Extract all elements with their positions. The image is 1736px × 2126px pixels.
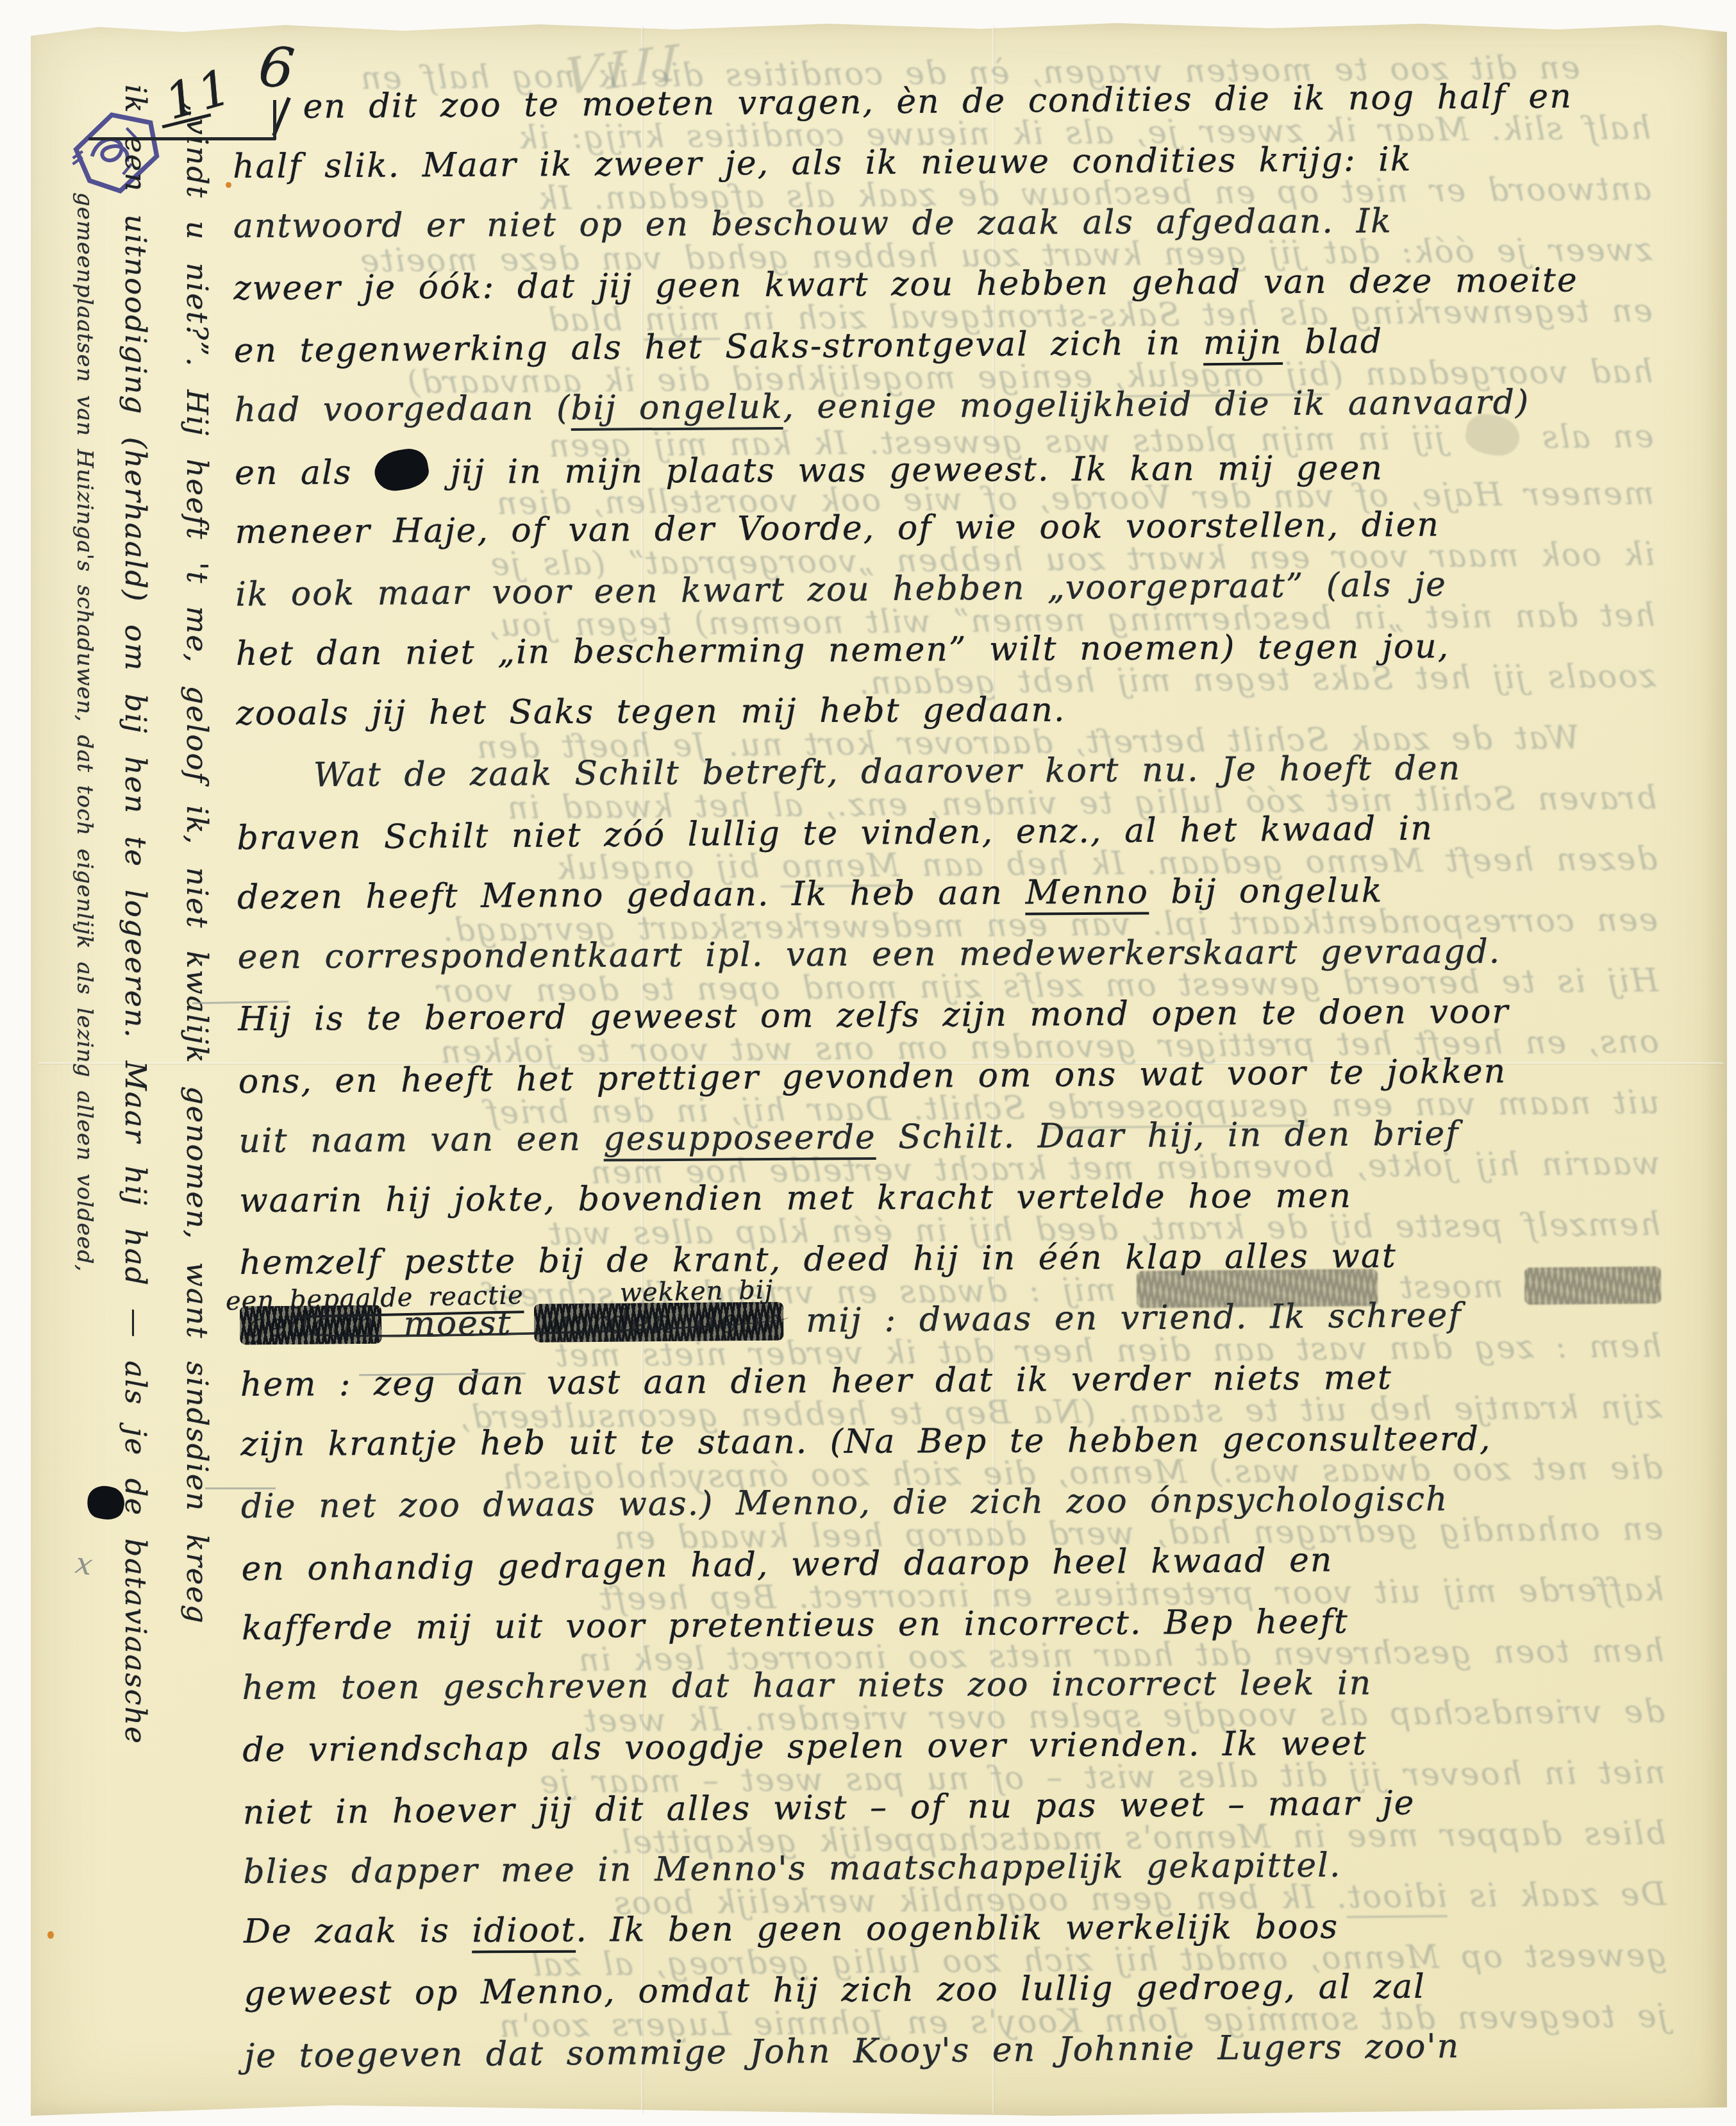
text-run: en onhandig gedragen had, werd daarop he… xyxy=(241,1541,1333,1589)
text-run: uit naam van een xyxy=(238,1120,603,1160)
letter-line: zweer je óók: dat jij geen kwart zou heb… xyxy=(233,260,1721,330)
letter-line: zijn krantje heb uit te staan. (Na Bep t… xyxy=(240,1419,1728,1486)
letter-line: en onhandig gedragen had, werd daarop he… xyxy=(241,1537,1729,1611)
text-run: wekken bij xyxy=(619,1275,773,1308)
text-run: hemzelf pestte bij de krant, deed hij in… xyxy=(239,1237,1397,1282)
text-run: meneer Haje, of van der Voorde, of wie o… xyxy=(235,506,1440,551)
letter-line: hem : zeg dan vast aan dien heer dat ik … xyxy=(240,1357,1728,1427)
text-run: jij in mijn plaats was geweest. Ik kan m… xyxy=(428,449,1383,492)
paper-speck xyxy=(47,1931,54,1939)
letter-line: geweest op Menno, omdat hij zich zoo lul… xyxy=(244,1966,1732,2036)
letter-line: en als jij in mijn plaats was geweest. I… xyxy=(235,444,1722,512)
text-run: en als xyxy=(235,453,374,492)
text-run: en dit zoo te moeten vragen, èn de condi… xyxy=(303,78,1573,126)
text-run: De zaak is xyxy=(244,1911,472,1951)
underlined-word: idioot xyxy=(472,1911,576,1954)
text-run: dezen heeft Menno gedaan. Ik heb aan xyxy=(237,874,1026,917)
letter-line: hem toen geschreven dat haar niets zoo i… xyxy=(242,1662,1730,1730)
text-run: een correspondentkaart ipl. van een mede… xyxy=(238,932,1501,976)
paper-speck xyxy=(226,182,231,188)
text-run: , eenige mogelijkheid die ik aanvaard) xyxy=(783,383,1530,426)
text-run: de vriendschap als voogdje spelen over v… xyxy=(242,1724,1367,1770)
text-run: Wat de zaak Schilt betreft, daarover kor… xyxy=(313,749,1462,794)
letter-line: en tegenwerking als het Saks-strontgeval… xyxy=(234,320,1722,393)
margin-note: ik een uitnoodiging (herhaald) om bij he… xyxy=(119,85,153,2104)
underlined-word: mijn xyxy=(1203,323,1283,365)
text-run: geweest op Menno, omdat hij zich zoo lul… xyxy=(244,1968,1426,2013)
text-run: zijn krantje heb uit te staan. (Na Bep t… xyxy=(240,1420,1491,1464)
text-run: Hij is te beroerd geweest om zelfs zijn … xyxy=(238,992,1509,1039)
letter-line: meneer Haje, of van der Voorde, of wie o… xyxy=(235,504,1723,574)
letter-line: kafferde mij uit voor pretentieus en inc… xyxy=(242,1600,1730,1670)
letter-line: dezen heeft Menno gedaan. Ik heb aan Men… xyxy=(237,869,1725,939)
margin-note: gemeenplaatsen van Huizinga's schaduwen,… xyxy=(72,192,97,1154)
text-run: hem toen geschreven dat haar niets zoo i… xyxy=(242,1664,1373,1707)
text-run: had voorgedaan ( xyxy=(234,389,571,430)
letter-line: de vriendschap als voogdje spelen over v… xyxy=(242,1722,1730,1792)
text-run: een xyxy=(226,1285,290,1316)
underlined-word: gesupposeerde xyxy=(603,1118,876,1162)
letter-line: ik ook maar voor een kwart zou hebben „v… xyxy=(235,564,1723,637)
text-run: antwoord er niet op en beschouw de zaak … xyxy=(233,202,1392,246)
text-run: blad xyxy=(1282,322,1383,362)
underlined-word: Menno xyxy=(1025,873,1149,915)
letter-line: en dit zoo te moeten vragen, èn de condi… xyxy=(303,76,1720,149)
letter-line: die net zoo dwaas was.) Menno, die zich … xyxy=(241,1478,1729,1548)
pencil-mark xyxy=(205,1487,276,1489)
margin-note: „vindt u niet?”. Hij heeft 't me, geloof… xyxy=(180,103,214,2122)
text-run: waarin hij jokte, bovendien met kracht v… xyxy=(239,1176,1352,1220)
letter-body-text: en dit zoo te moeten vragen, èn de condi… xyxy=(232,78,1732,2097)
text-run: Schilt. Daar hij, in den brief xyxy=(876,1114,1459,1157)
letter-line: niet in hoever jij dit alles wist – of n… xyxy=(243,1781,1731,1854)
text-run: zooals jij het Saks tegen mij hebt gedaa… xyxy=(236,691,1065,733)
letter-line: ons, en heeft het prettiger gevonden om … xyxy=(238,1050,1726,1123)
underlined-word: bij ongeluk xyxy=(571,388,783,431)
text-run: mij : dwaas en vriend. Ik schreef xyxy=(783,1296,1462,1341)
ink-blot xyxy=(371,446,431,494)
scanned-letter-page: en dit zoo te moeten vragen, èn de condi… xyxy=(0,0,1736,2126)
text-run: bij ongeluk xyxy=(1149,871,1383,911)
underlined-word: bepaalde reactie xyxy=(289,1280,524,1318)
text-run: en tegenwerking als het Saks-strontgeval… xyxy=(234,324,1204,370)
text-run: zweer je óók: dat jij geen kwart zou heb… xyxy=(233,261,1578,308)
letter-line: braven Schilt niet zóó lullig te vinden,… xyxy=(237,807,1724,880)
letter-line: Hij is te beroerd geweest om zelfs zijn … xyxy=(238,991,1726,1061)
text-run: . Ik ben geen oogenblik werkelijk boos xyxy=(576,1908,1339,1950)
letter-line: waarin hij jokte, bovendien met kracht v… xyxy=(239,1175,1726,1243)
text-run: die net zoo dwaas was.) Menno, die zich … xyxy=(241,1480,1449,1527)
letter-line: Wat de zaak Schilt betreft, daarover kor… xyxy=(313,748,1724,817)
letter-line: half slik. Maar ik zweer je, als ik nieu… xyxy=(233,138,1721,208)
text-run: niet in hoever jij dit alles wist – of n… xyxy=(243,1784,1415,1832)
gap xyxy=(524,1302,620,1303)
letter-line: had voorgedaan (bij ongeluk, eenige moge… xyxy=(234,382,1722,452)
letter-line: uit naam van een gesupposeerde Schilt. D… xyxy=(238,1113,1726,1183)
letter-line: De zaak is idioot. Ik ben geen oogenblik… xyxy=(244,1906,1731,1973)
letter-line: antwoord er niet op en beschouw de zaak … xyxy=(233,201,1721,268)
letter-line: zooals jij het Saks tegen mij hebt gedaa… xyxy=(236,688,1723,755)
text-run: braven Schilt niet zóó lullig te vinden,… xyxy=(237,809,1433,857)
letter-line: een correspondentkaart ipl. van een mede… xyxy=(238,932,1725,999)
letter-line: blies dapper mee in Menno's maatschappel… xyxy=(243,1844,1731,1914)
letter-line: je toegeven dat sommige John Kooy's en J… xyxy=(244,2025,1732,2098)
letter-line: het dan niet „in bescherming nemen” wilt… xyxy=(236,626,1724,696)
